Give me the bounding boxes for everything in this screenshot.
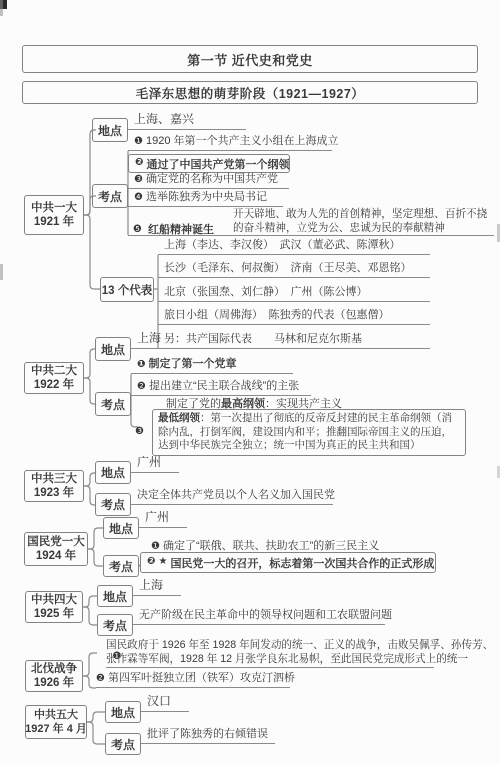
bullet-icon: ❷ <box>147 556 155 567</box>
loc-label-s1: 地点 <box>92 118 128 142</box>
main-box-s6-year: 1926 年 <box>34 676 74 690</box>
exam-item-s6-1-underline <box>106 667 434 668</box>
loc-value-s1-text: 上海、嘉兴 <box>134 110 194 127</box>
main-box-s1: 中共一大 1921 年 <box>24 195 84 235</box>
loc-label-s5-text: 地点 <box>103 588 127 605</box>
exam-item-s1-5-desc-text: 开天辟地、敢为人先的首创精神，坚定理想、百折不挠的奋斗精神，立党为公、忠诚为民的… <box>233 208 487 234</box>
exam-item-s6-2: ❷ 第四军叶挺独立团（铁军）攻克汀泗桥 <box>96 673 290 688</box>
exam-label-s2-text: 考点 <box>101 396 125 413</box>
exam-label-s3: 考点 <box>95 493 131 516</box>
reps-row-5-text: 另：共产国际代表 马林和尼克尔斯基 <box>164 330 362 346</box>
exam-label-s2: 考点 <box>95 392 131 416</box>
loc-value-s3: 广州 <box>131 456 179 473</box>
bullet-icon: ❷ <box>137 381 146 392</box>
reps-row-2-text: 长沙（毛泽东、何叔衡） 济南（王尽美、邓恩铭） <box>164 259 412 275</box>
exam-label-s1-text: 考点 <box>98 188 122 205</box>
reps-row-1: 上海（李达、李汉俊） 武汉（董必武、陈潭秋） <box>158 239 430 255</box>
loc-label-s3: 地点 <box>95 461 131 484</box>
exam-value-s3-text: 决定全体共产党员以个人名义加入国民党 <box>137 486 335 502</box>
main-box-s2: 中共二大 1922 年 <box>24 362 84 394</box>
loc-value-s2-text: 上海 <box>137 329 161 346</box>
main-box-s4-year: 1924 年 <box>36 549 76 563</box>
bullet-icon: ❷ <box>135 157 143 168</box>
exam-label-s7: 考点 <box>105 733 141 755</box>
loc-value-s7-text: 汉口 <box>147 692 171 709</box>
exam-item-s4-1-text: 确定了“联俄、联共、扶助农工”的新三民主义 <box>163 537 379 553</box>
main-box-s2-year: 1922 年 <box>34 378 74 392</box>
exam-item-s2-1: ❶ 制定了第一个党章 <box>131 359 293 374</box>
main-box-s7-year: 1927 年 4 月 <box>25 722 87 736</box>
loc-label-s7: 地点 <box>105 701 141 723</box>
loc-label-s3-text: 地点 <box>101 464 125 481</box>
exam-label-s7-text: 考点 <box>111 736 135 753</box>
exam-label-s3-text: 考点 <box>101 496 125 513</box>
main-box-s5-year: 1925 年 <box>34 607 74 621</box>
page-title: 第一节 近代史和党史 <box>22 45 478 73</box>
bullet-icon: ❺ <box>133 224 142 235</box>
loc-label-s2-text: 地点 <box>101 341 125 358</box>
main-box-s4-name: 国民党一大 <box>27 535 85 549</box>
page-subtitle-text: 毛泽东思想的萌芽阶段（1921—1927） <box>136 84 365 102</box>
loc-value-s4-text: 广州 <box>145 508 169 525</box>
scanned-mindmap-page: 第一节 近代史和党史 毛泽东思想的萌芽阶段（1921—1927） 中共一大 19… <box>0 0 500 763</box>
exam-item-s2-2: ❷ 提出建立“民主联合战线”的主张 <box>131 381 311 396</box>
main-box-s4: 国民党一大 1924 年 <box>24 532 88 566</box>
exam-label-s5: 考点 <box>97 614 133 636</box>
exam-item-s4-2-box: ❷ ★ 国民党一大的召开，标志着第一次国共合作的正式形成 <box>140 552 436 573</box>
reps-label-s1: 13 个代表 <box>100 277 154 302</box>
scan-artifact-left-edge2 <box>0 264 3 280</box>
exam-item-s4-2-text: 国民党一大的召开，标志着第一次国共合作的正式形成 <box>170 555 434 571</box>
exam-item-s1-5-desc: 开天辟地、敢为人先的首创精神，坚定理想、百折不挠的奋斗精神，立党为公、忠诚为民的… <box>233 208 495 235</box>
exam-item-s6-2-text: 第四军叶挺独立团（铁军）攻克汀泗桥 <box>108 669 295 685</box>
loc-value-s2: 上海 <box>131 332 179 349</box>
loc-label-s5: 地点 <box>97 585 133 607</box>
main-box-s6: 北伐战争 1926 年 <box>25 660 83 692</box>
exam-value-s3: 决定全体共产党员以个人名义加入国民党 <box>131 489 333 505</box>
reps-row-4: 旅日小组（周佛海） 陈独秀的代表（包惠僧） <box>158 309 430 325</box>
exam-item-s1-3: ❸ 确定党的名称为中国共产党 <box>128 174 289 189</box>
reps-label-s1-text: 13 个代表 <box>102 282 153 298</box>
reps-row-2: 长沙（毛泽东、何叔衡） 济南（王尽美、邓恩铭） <box>158 262 430 278</box>
reps-row-4-text: 旅日小组（周佛海） 陈独秀的代表（包惠僧） <box>164 306 390 322</box>
page-subtitle: 毛泽东思想的萌芽阶段（1921—1927） <box>22 81 478 104</box>
bullet-icon: ❹ <box>134 192 143 203</box>
bullet-icon: ❸ <box>135 426 144 437</box>
main-box-s7: 中共五大 1927 年 4 月 <box>25 705 87 739</box>
exam-item-s1-4: ❹ 选举陈独秀为中央局书记 <box>128 192 283 207</box>
loc-label-s2: 地点 <box>95 337 131 361</box>
loc-label-s4: 地点 <box>103 517 139 539</box>
main-box-s5: 中共四大 1925 年 <box>25 591 83 623</box>
exam-value-s5-text: 无产阶级在民主革命中的领导权问题和工农联盟问题 <box>139 606 392 622</box>
reps-row-3-text: 北京（张国焘、刘仁静） 广州（陈公博） <box>164 283 368 299</box>
bullet-icon: ❸ <box>134 174 143 185</box>
bullet-icon: ❶ <box>137 359 145 370</box>
exam-item-s2-1-text: 制定了第一个党章 <box>148 355 236 371</box>
bullet-icon: ❷ <box>96 673 105 684</box>
reps-row-1-text: 上海（李达、李汉俊） 武汉（董必武、陈潭秋） <box>164 236 401 252</box>
exam-item-s2-4-box: 最低纲领：第一次提出了彻底的反帝反封建的民主革命纲领（消除内乱，打倒军阀，建设国… <box>152 409 466 456</box>
exam-label-s4-text: 考点 <box>109 558 133 575</box>
loc-label-s7-text: 地点 <box>111 704 135 721</box>
main-box-s5-name: 中共四大 <box>31 593 77 607</box>
exam-value-s5: 无产阶级在民主革命中的领导权问题和工农联盟问题 <box>133 609 385 625</box>
star-icon: ★ <box>158 556 167 567</box>
loc-value-s4: 广州 <box>139 512 187 528</box>
bullet-icon: ❶ <box>151 541 160 552</box>
loc-value-s7: 汉口 <box>141 696 189 712</box>
exam-item-s1-4-text: 选举陈独秀为中央局书记 <box>146 188 267 204</box>
bullet-icon: ❶ <box>134 136 143 147</box>
loc-value-s5: 上海 <box>133 580 181 596</box>
main-box-s6-name: 北伐战争 <box>31 662 77 676</box>
exam-value-s7-text: 批评了陈独秀的右倾错误 <box>147 725 268 741</box>
exam-item-s2-4-post: ：第一次提出了彻底的反帝反封建的民主革命纲领（消除内乱，打倒军阀，建设国内和平；… <box>158 412 452 452</box>
main-box-s1-name: 中共一大 <box>31 201 77 215</box>
main-box-s2-name: 中共二大 <box>31 364 77 378</box>
loc-label-s4-text: 地点 <box>109 520 133 537</box>
exam-item-s6-1: 国民政府于 1926 年至 1928 年间发动的统一、正义的战争，击败吴佩孚、孙… <box>106 639 498 666</box>
exam-item-s6-1-text: 国民政府于 1926 年至 1928 年间发动的统一、正义的战争，击败吴佩孚、孙… <box>106 639 493 665</box>
main-box-s7-name: 中共五大 <box>34 708 78 722</box>
main-box-s3: 中共三大 1923 年 <box>24 470 84 502</box>
exam-label-s4: 考点 <box>103 555 139 577</box>
loc-label-s1-text: 地点 <box>98 122 122 139</box>
main-box-s3-year: 1923 年 <box>34 486 74 500</box>
loc-value-s5-text: 上海 <box>139 576 163 593</box>
exam-item-s2-4-bold: 最低纲领 <box>158 412 200 424</box>
loc-value-s3-text: 广州 <box>137 453 161 470</box>
reps-row-5: 另：共产国际代表 马林和尼克尔斯基 <box>158 333 430 349</box>
exam-item-s2-2-text: 提出建立“民主联合战线”的主张 <box>149 377 299 393</box>
exam-label-s5-text: 考点 <box>103 617 127 634</box>
main-box-s3-name: 中共三大 <box>31 472 77 486</box>
reps-row-3: 北京（张国焘、刘仁静） 广州（陈公博） <box>158 286 430 302</box>
scan-artifact-left-edge <box>0 0 3 16</box>
exam-item-s1-1: ❶ 1920 年第一个共产主义小组在上海成立 <box>128 136 332 151</box>
exam-item-s1-1-text: 1920 年第一个共产主义小组在上海成立 <box>146 132 339 148</box>
exam-value-s7: 批评了陈独秀的右倾错误 <box>141 728 275 744</box>
exam-label-s1: 考点 <box>92 184 128 208</box>
main-box-s1-year: 1921 年 <box>34 215 74 229</box>
page-title-text: 第一节 近代史和党史 <box>187 50 313 69</box>
loc-value-s1: 上海、嘉兴 <box>128 113 246 130</box>
exam-item-s1-3-text: 确定党的名称为中国共产党 <box>146 170 278 186</box>
